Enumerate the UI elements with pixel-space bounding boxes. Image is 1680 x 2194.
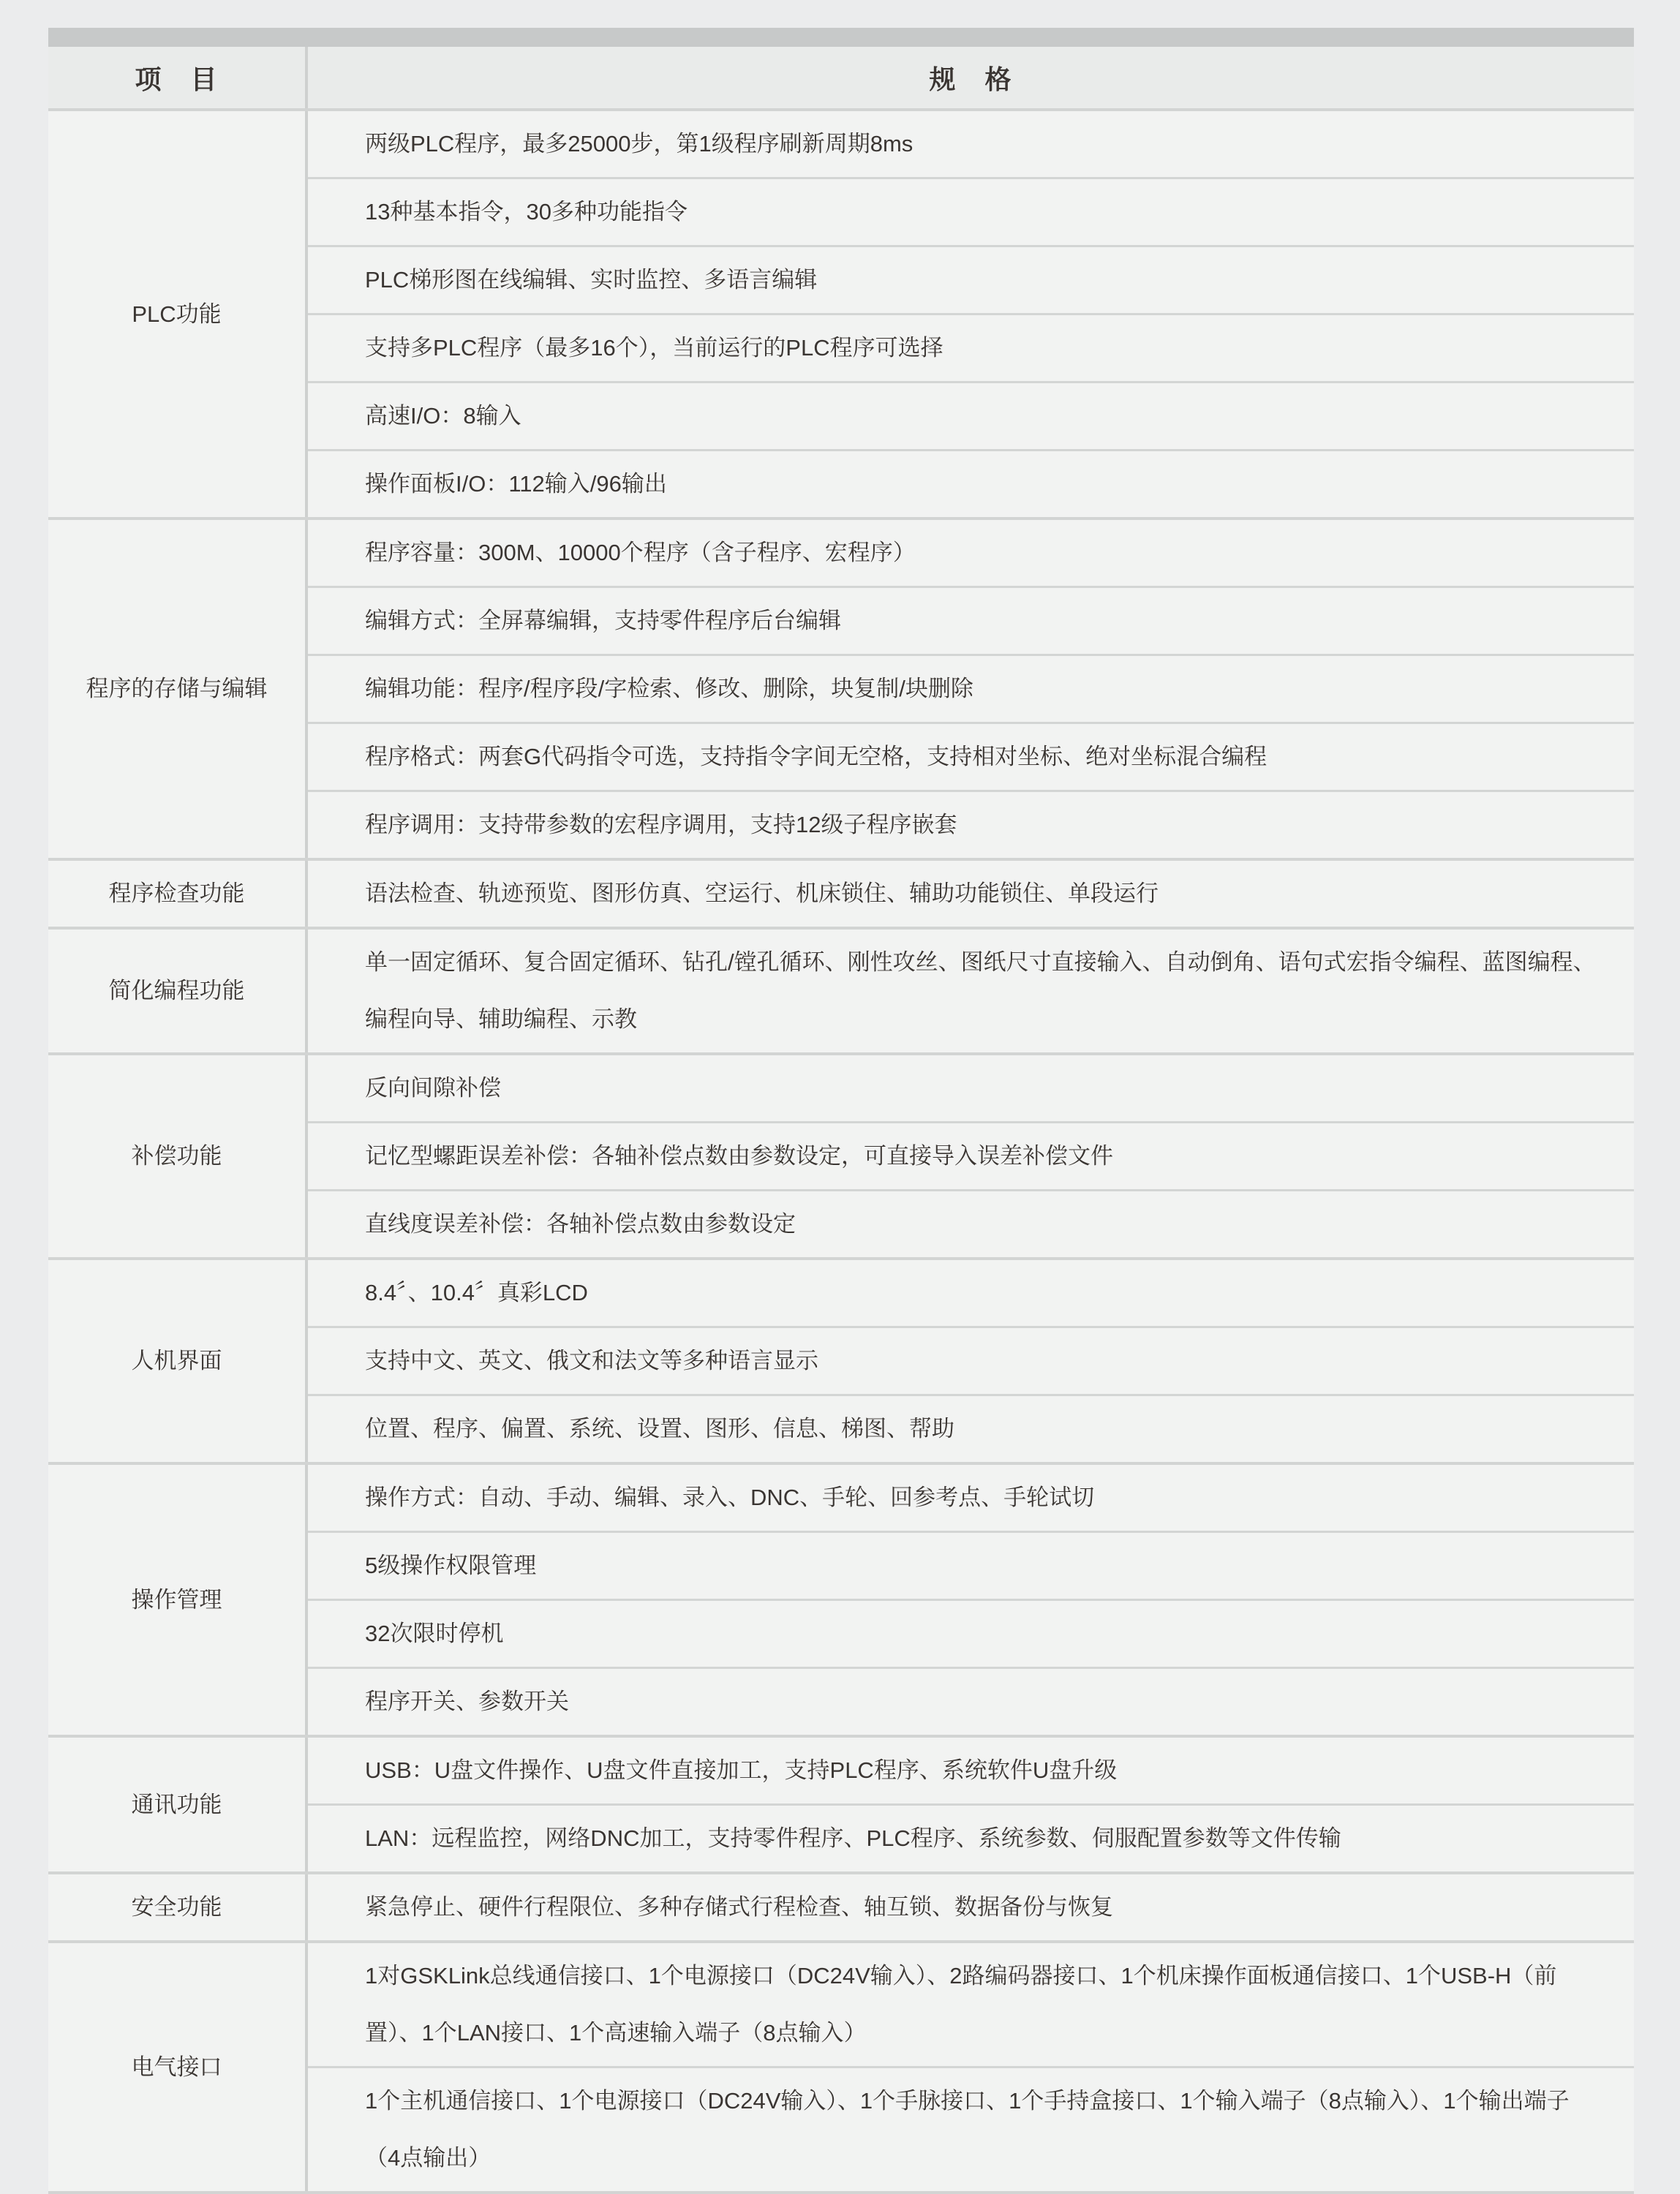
spec-text: 操作面板I/O：112输入/96输出 <box>365 456 667 513</box>
spec-text: 程序开关、参数开关 <box>365 1673 569 1730</box>
spec-text: 支持中文、英文、俄文和法文等多种语言显示 <box>365 1332 818 1390</box>
spec-text: 单一固定循环、复合固定循环、钻孔/镗孔循环、刚性攻丝、图纸尺寸直接输入、自动倒角… <box>365 934 1597 1048</box>
section-rows: 语法检查、轨迹预览、图形仿真、空运行、机床锁住、辅助功能锁住、单段运行 <box>305 861 1634 927</box>
spec-row: 语法检查、轨迹预览、图形仿真、空运行、机床锁住、辅助功能锁住、单段运行 <box>308 861 1634 927</box>
table-section: 简化编程功能单一固定循环、复合固定循环、钻孔/镗孔循环、刚性攻丝、图纸尺寸直接输… <box>48 930 1634 1055</box>
spec-row: 位置、程序、偏置、系统、设置、图形、信息、梯图、帮助 <box>308 1394 1634 1462</box>
section-rows: 单一固定循环、复合固定循环、钻孔/镗孔循环、刚性攻丝、图纸尺寸直接输入、自动倒角… <box>305 930 1634 1052</box>
spec-row: 操作方式：自动、手动、编辑、录入、DNC、手轮、回参考点、手轮试切 <box>308 1465 1634 1531</box>
spec-row: 程序开关、参数开关 <box>308 1667 1634 1735</box>
spec-text: 反向间隙补偿 <box>365 1060 501 1117</box>
spec-text: PLC梯形图在线编辑、实时监控、多语言编辑 <box>365 252 817 309</box>
spec-text: 编辑功能：程序/程序段/字检索、修改、删除，块复制/块删除 <box>365 660 973 717</box>
spec-row: 编辑方式：全屏幕编辑，支持零件程序后台编辑 <box>308 586 1634 654</box>
spec-text: 操作方式：自动、手动、编辑、录入、DNC、手轮、回参考点、手轮试切 <box>365 1469 1094 1526</box>
spec-row: 32次限时停机 <box>308 1599 1634 1667</box>
spec-row: 程序调用：支持带参数的宏程序调用，支持12级子程序嵌套 <box>308 790 1634 858</box>
section-rows: 两级PLC程序，最多25000步，第1级程序刷新周期8ms13种基本指令，30多… <box>305 111 1634 517</box>
section-rows: 操作方式：自动、手动、编辑、录入、DNC、手轮、回参考点、手轮试切5级操作权限管… <box>305 1465 1634 1735</box>
spec-row: 反向间隙补偿 <box>308 1055 1634 1121</box>
spec-text: 紧急停止、硬件行程限位、多种存储式行程检查、轴互锁、数据备份与恢复 <box>365 1879 1113 1936</box>
section-rows: 8.4〞、10.4〞真彩LCD支持中文、英文、俄文和法文等多种语言显示位置、程序… <box>305 1260 1634 1462</box>
spec-row: 紧急停止、硬件行程限位、多种存储式行程检查、轴互锁、数据备份与恢复 <box>308 1874 1634 1940</box>
section-label: 程序的存储与编辑 <box>48 520 305 858</box>
spec-text: 5级操作权限管理 <box>365 1537 536 1594</box>
section-rows: 程序容量：300M、10000个程序（含子程序、宏程序）编辑方式：全屏幕编辑，支… <box>305 520 1634 858</box>
spec-text: 支持多PLC程序（最多16个），当前运行的PLC程序可选择 <box>365 320 943 377</box>
spec-text: 高速I/O：8输入 <box>365 388 521 445</box>
spec-text: 8.4〞、10.4〞真彩LCD <box>365 1264 588 1322</box>
spec-text: 32次限时停机 <box>365 1605 503 1662</box>
spec-row: PLC梯形图在线编辑、实时监控、多语言编辑 <box>308 245 1634 313</box>
section-label: 程序检查功能 <box>48 861 305 927</box>
spec-text: LAN：远程监控，网络DNC加工，支持零件程序、PLC程序、系统参数、伺服配置参… <box>365 1810 1341 1867</box>
spec-row: 5级操作权限管理 <box>308 1531 1634 1599</box>
spec-row: LAN：远程监控，网络DNC加工，支持零件程序、PLC程序、系统参数、伺服配置参… <box>308 1803 1634 1871</box>
table-body: PLC功能两级PLC程序，最多25000步，第1级程序刷新周期8ms13种基本指… <box>48 111 1634 2194</box>
table-section: 程序的存储与编辑程序容量：300M、10000个程序（含子程序、宏程序）编辑方式… <box>48 520 1634 861</box>
spec-table: 项 目 规 格 PLC功能两级PLC程序，最多25000步，第1级程序刷新周期8… <box>48 28 1634 2194</box>
spec-text: 1对GSKLink总线通信接口、1个电源接口（DC24V输入）、2路编码器接口、… <box>365 1948 1597 2062</box>
spec-text: USB：U盘文件操作、U盘文件直接加工，支持PLC程序、系统软件U盘升级 <box>365 1742 1117 1799</box>
spec-row: 1对GSKLink总线通信接口、1个电源接口（DC24V输入）、2路编码器接口、… <box>308 1943 1634 2066</box>
spec-row: 程序容量：300M、10000个程序（含子程序、宏程序） <box>308 520 1634 586</box>
table-top-bar <box>48 28 1634 47</box>
column-header-spec: 规 格 <box>305 47 1634 108</box>
spec-text: 程序调用：支持带参数的宏程序调用，支持12级子程序嵌套 <box>365 796 957 853</box>
spec-text: 两级PLC程序，最多25000步，第1级程序刷新周期8ms <box>365 116 913 173</box>
column-header-item: 项 目 <box>48 47 305 108</box>
spec-text: 语法检查、轨迹预览、图形仿真、空运行、机床锁住、辅助功能锁住、单段运行 <box>365 865 1159 922</box>
spec-text: 程序容量：300M、10000个程序（含子程序、宏程序） <box>365 524 916 581</box>
table-section: 电气接口1对GSKLink总线通信接口、1个电源接口（DC24V输入）、2路编码… <box>48 1943 1634 2194</box>
section-rows: 1对GSKLink总线通信接口、1个电源接口（DC24V输入）、2路编码器接口、… <box>305 1943 1634 2191</box>
spec-text: 记忆型螺距误差补偿：各轴补偿点数由参数设定，可直接导入误差补偿文件 <box>365 1128 1113 1185</box>
section-label: 人机界面 <box>48 1260 305 1462</box>
spec-row: USB：U盘文件操作、U盘文件直接加工，支持PLC程序、系统软件U盘升级 <box>308 1738 1634 1803</box>
section-label: PLC功能 <box>48 111 305 517</box>
section-rows: 反向间隙补偿记忆型螺距误差补偿：各轴补偿点数由参数设定，可直接导入误差补偿文件直… <box>305 1055 1634 1257</box>
table-section: 人机界面8.4〞、10.4〞真彩LCD支持中文、英文、俄文和法文等多种语言显示位… <box>48 1260 1634 1465</box>
section-rows: USB：U盘文件操作、U盘文件直接加工，支持PLC程序、系统软件U盘升级LAN：… <box>305 1738 1634 1871</box>
spec-text: 13种基本指令，30多种功能指令 <box>365 184 688 241</box>
spec-row: 两级PLC程序，最多25000步，第1级程序刷新周期8ms <box>308 111 1634 177</box>
table-section: 补偿功能反向间隙补偿记忆型螺距误差补偿：各轴补偿点数由参数设定，可直接导入误差补… <box>48 1055 1634 1260</box>
table-section: PLC功能两级PLC程序，最多25000步，第1级程序刷新周期8ms13种基本指… <box>48 111 1634 520</box>
table-section: 操作管理操作方式：自动、手动、编辑、录入、DNC、手轮、回参考点、手轮试切5级操… <box>48 1465 1634 1738</box>
spec-text: 编辑方式：全屏幕编辑，支持零件程序后台编辑 <box>365 592 841 649</box>
spec-text: 直线度误差补偿：各轴补偿点数由参数设定 <box>365 1196 796 1253</box>
spec-row: 单一固定循环、复合固定循环、钻孔/镗孔循环、刚性攻丝、图纸尺寸直接输入、自动倒角… <box>308 930 1634 1052</box>
spec-row: 1个主机通信接口、1个电源接口（DC24V输入）、1个手脉接口、1个手持盒接口、… <box>308 2066 1634 2191</box>
spec-text: 位置、程序、偏置、系统、设置、图形、信息、梯图、帮助 <box>365 1401 954 1458</box>
section-label: 操作管理 <box>48 1465 305 1735</box>
table-section: 程序检查功能语法检查、轨迹预览、图形仿真、空运行、机床锁住、辅助功能锁住、单段运… <box>48 861 1634 930</box>
section-label: 通讯功能 <box>48 1738 305 1871</box>
spec-text: 程序格式：两套G代码指令可选，支持指令字间无空格，支持相对坐标、绝对坐标混合编程 <box>365 728 1267 785</box>
spec-row: 操作面板I/O：112输入/96输出 <box>308 449 1634 517</box>
table-section: 通讯功能USB：U盘文件操作、U盘文件直接加工，支持PLC程序、系统软件U盘升级… <box>48 1738 1634 1874</box>
section-label: 电气接口 <box>48 1943 305 2191</box>
spec-row: 直线度误差补偿：各轴补偿点数由参数设定 <box>308 1189 1634 1257</box>
spec-row: 支持中文、英文、俄文和法文等多种语言显示 <box>308 1326 1634 1394</box>
section-label: 简化编程功能 <box>48 930 305 1052</box>
table-header-row: 项 目 规 格 <box>48 47 1634 111</box>
table-section: 安全功能紧急停止、硬件行程限位、多种存储式行程检查、轴互锁、数据备份与恢复 <box>48 1874 1634 1943</box>
spec-row: 13种基本指令，30多种功能指令 <box>308 177 1634 245</box>
spec-row: 高速I/O：8输入 <box>308 381 1634 449</box>
spec-row: 程序格式：两套G代码指令可选，支持指令字间无空格，支持相对坐标、绝对坐标混合编程 <box>308 722 1634 790</box>
spec-row: 支持多PLC程序（最多16个），当前运行的PLC程序可选择 <box>308 313 1634 381</box>
spec-text: 1个主机通信接口、1个电源接口（DC24V输入）、1个手脉接口、1个手持盒接口、… <box>365 2073 1597 2187</box>
section-label: 补偿功能 <box>48 1055 305 1257</box>
spec-row: 编辑功能：程序/程序段/字检索、修改、删除，块复制/块删除 <box>308 654 1634 722</box>
section-rows: 紧急停止、硬件行程限位、多种存储式行程检查、轴互锁、数据备份与恢复 <box>305 1874 1634 1940</box>
spec-row: 记忆型螺距误差补偿：各轴补偿点数由参数设定，可直接导入误差补偿文件 <box>308 1121 1634 1189</box>
section-label: 安全功能 <box>48 1874 305 1940</box>
spec-row: 8.4〞、10.4〞真彩LCD <box>308 1260 1634 1326</box>
